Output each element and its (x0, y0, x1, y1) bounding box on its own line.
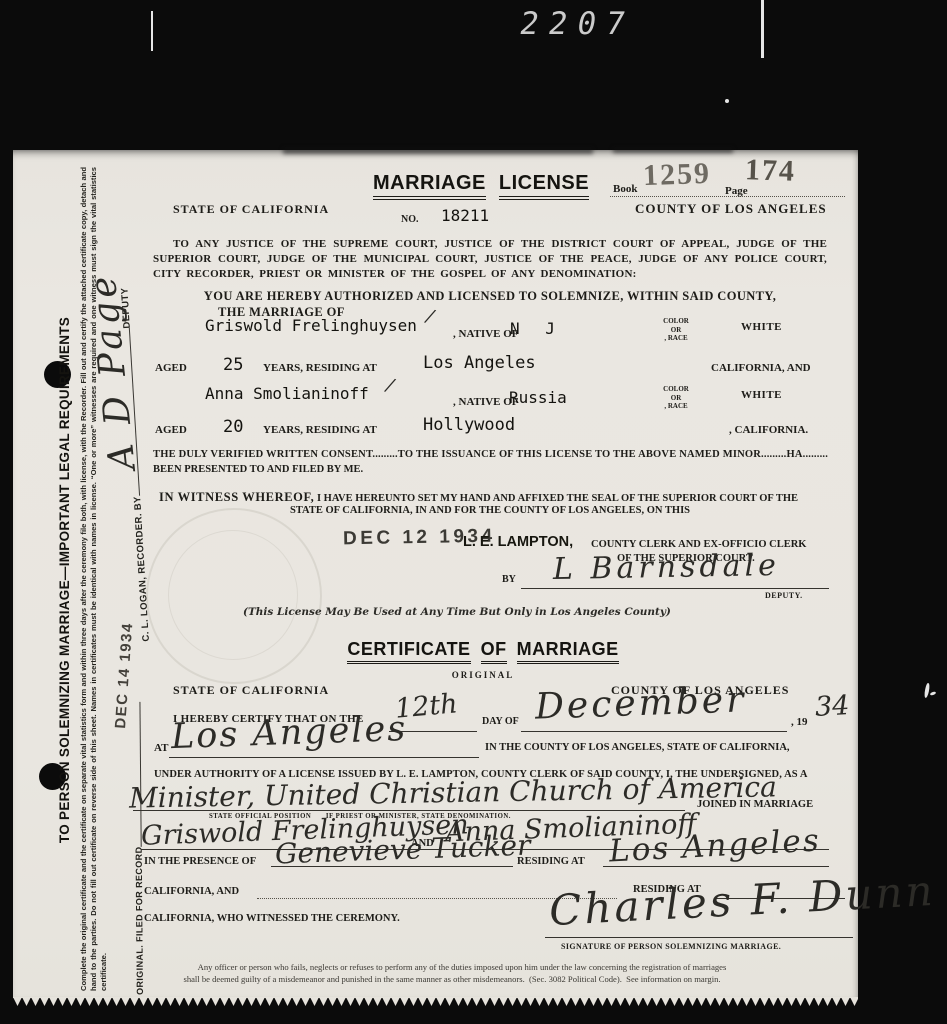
color-race-label: COLOR OR , RACE (651, 385, 701, 411)
certificate-title-word: MARRIAGE (517, 639, 619, 664)
film-scratch-left-icon (151, 11, 153, 51)
color-race-l3: , RACE (651, 402, 701, 411)
county-line: IN THE COUNTY OF LOS ANGELES, STATE OF C… (485, 742, 790, 753)
ceremony-place: Los Angeles (170, 709, 407, 757)
license-no-label: NO. (401, 214, 419, 225)
license-title-word: LICENSE (499, 172, 589, 200)
page-number-stamp: 174 (744, 153, 796, 189)
paper-edge-smudge (613, 148, 733, 153)
month-rule (521, 731, 787, 732)
groom-name: Griswold Frelinghuysen (205, 316, 417, 335)
certificate-title-word: OF (481, 639, 507, 664)
by-label: BY (502, 574, 516, 585)
deputy-label: DEPUTY. (765, 591, 803, 600)
certificate-title-word: CERTIFICATE (347, 639, 470, 664)
native-of-label: , NATIVE OF (453, 328, 519, 340)
color-race-label: COLOR OR , RACE (651, 317, 701, 343)
california-and-label: CALIFORNIA, AND (144, 886, 239, 897)
consent-line1: THE DULY VERIFIED WRITTEN CONSENT.......… (153, 449, 828, 460)
witness-rest: I HAVE HEREUNTO SET MY HAND AND AFFIXED … (314, 493, 798, 504)
certificate-title: CERTIFICATE OF MARRIAGE (313, 639, 653, 664)
color-race-l1: COLOR (651, 317, 701, 326)
aged-label: AGED (155, 362, 187, 374)
penalty-line1: Any officer or person who fails, neglect… (71, 962, 853, 972)
bride-age: 20 (223, 417, 243, 437)
at-label: AT (154, 742, 168, 754)
signature-caption: SIGNATURE OF PERSON SOLEMNIZING MARRIAGE… (561, 942, 781, 951)
license-note: (This License May Be Used at Any Time Bu… (243, 606, 663, 618)
color-race-l1: COLOR (651, 385, 701, 394)
book-label: Book (613, 183, 637, 195)
film-mark-right-icon (923, 683, 930, 699)
perforated-bottom-edge (13, 997, 858, 1006)
color-race-l2: OR (651, 326, 701, 335)
witnessed-line: CALIFORNIA, WHO WITNESSED THE CEREMONY. (144, 913, 400, 924)
original-label: ORIGINAL (438, 670, 528, 680)
aged-label: AGED (155, 424, 187, 436)
film-dot-icon (725, 99, 729, 103)
color-race-l2: OR (651, 394, 701, 403)
groom-state-suffix: CALIFORNIA, AND (711, 362, 811, 374)
license-county: COUNTY OF LOS ANGELES (635, 201, 827, 217)
film-frame-number: 2207 (517, 6, 638, 42)
microfilm-frame: { "colors": { "film_background": "#0b0b0… (0, 0, 947, 1024)
witness-residence-rule (603, 866, 829, 867)
place-rule (169, 757, 479, 758)
bride-native: Russia (509, 388, 567, 407)
license-title: MARRIAGE LICENSE (373, 172, 589, 200)
film-mark-right2-icon (930, 691, 937, 696)
certificate-state: STATE OF CALIFORNIA (173, 683, 329, 698)
years-residing-label: YEARS, RESIDING AT (263, 362, 377, 374)
bride-state-suffix: , CALIFORNIA. (729, 424, 808, 436)
solemnizer-rule (545, 937, 853, 938)
clerk-name: L. E. LAMPTON, (463, 534, 573, 550)
authorization-line: YOU ARE HEREBY AUTHORIZED AND LICENSED T… (153, 289, 827, 304)
bride-residence: Hollywood (423, 415, 515, 435)
consent-line2: BEEN PRESENTED TO AND FILED BY ME. (153, 464, 363, 475)
residing-label: RESIDING AT (517, 856, 585, 867)
ceremony-year: 34 (814, 690, 850, 723)
penalty-line2: shall be deemed guilty of a misdemeanor … (61, 974, 843, 984)
witness-lead: IN WITNESS WHEREOF, (159, 490, 314, 504)
paper-edge-smudge (283, 148, 593, 154)
license-state: STATE OF CALIFORNIA (173, 202, 329, 217)
margin-heading: TO PERSON SOLEMNIZING MARRIAGE—IMPORTANT… (57, 172, 77, 988)
check-slash-icon: / (385, 375, 396, 397)
day-of-label: DAY OF (482, 716, 519, 727)
bride-race: WHITE (741, 389, 782, 401)
witness-line1: IN WITNESS WHEREOF, I HAVE HEREUNTO SET … (159, 488, 798, 506)
embossed-seal-inner-icon (168, 530, 298, 660)
book-number-stamp: 1259 (642, 157, 711, 193)
bride-name: Anna Smolianinoff (205, 384, 369, 403)
presence-label: IN THE PRESENCE OF (144, 856, 256, 867)
check-slash-icon: / (425, 306, 436, 328)
deputy-signature: L Barnsdale (553, 548, 780, 587)
ceremony-month: December (534, 679, 747, 727)
joined-label: JOINED IN MARRIAGE (697, 799, 813, 810)
solemnizer-signature: Charles F. Dunn (548, 866, 937, 935)
years-residing-label: YEARS, RESIDING AT (263, 424, 377, 436)
groom-race: WHITE (741, 321, 782, 333)
license-number: 18211 (441, 206, 489, 225)
groom-age: 25 (223, 355, 243, 375)
film-scratch-right-icon (761, 0, 764, 58)
year-prefix: , 19 (791, 716, 808, 728)
addressee-paragraph: TO ANY JUSTICE OF THE SUPREME COURT, JUS… (153, 237, 827, 282)
license-title-word: MARRIAGE (373, 172, 486, 200)
groom-residence: Los Angeles (423, 353, 536, 373)
deputy-signature-rule (521, 588, 829, 589)
witness-line2: STATE OF CALIFORNIA, IN AND FOR THE COUN… (153, 505, 827, 516)
witness-rule (271, 866, 513, 867)
marriage-license-document: TO PERSON SOLEMNIZING MARRIAGE—IMPORTANT… (13, 150, 858, 998)
color-race-l3: , RACE (651, 334, 701, 343)
groom-native: N J (510, 319, 563, 338)
